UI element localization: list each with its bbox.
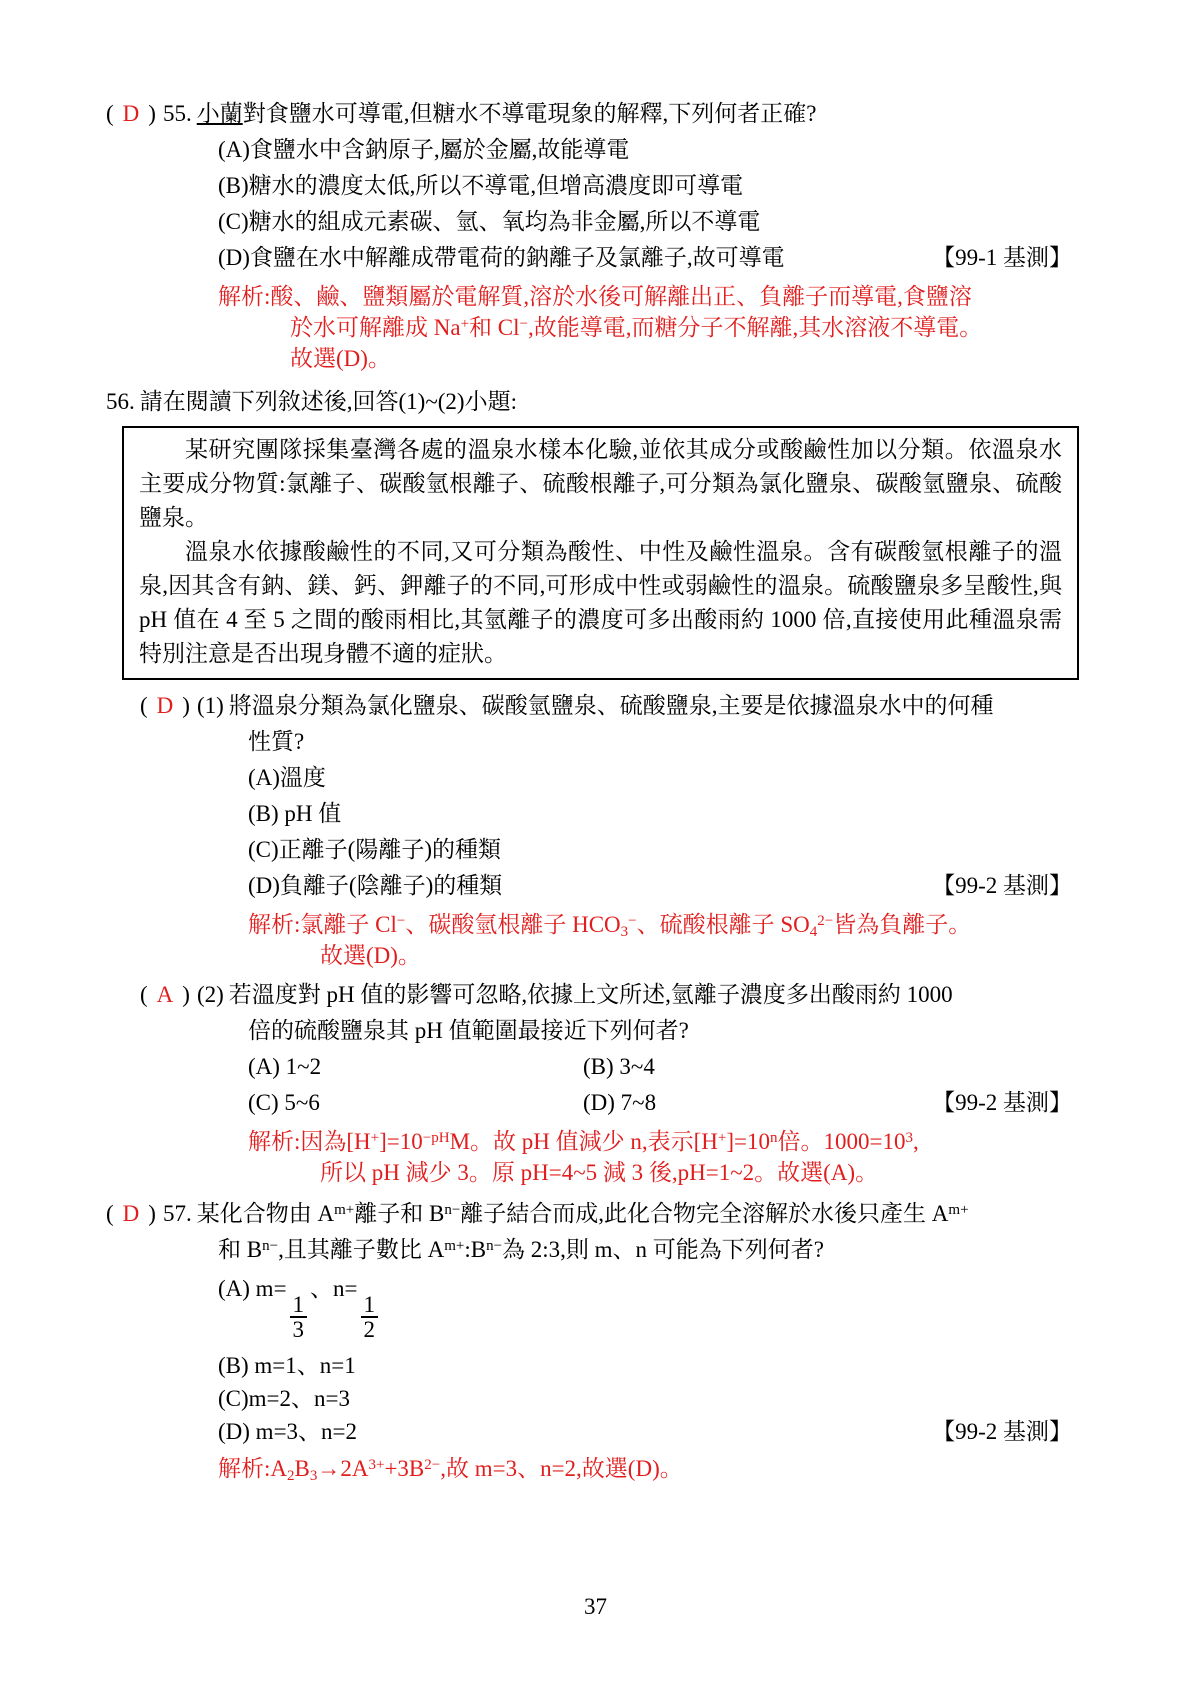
paren-close: ) <box>148 101 156 126</box>
q56-2-options-row-1: (A) 1~2 (B) 3~4 <box>248 1049 1072 1085</box>
q56-1-analysis-line-1: 解析:氯離子 Cl−、碳酸氫根離子 HCO3−、硫酸根離子 SO42−皆為負離子… <box>248 909 1072 940</box>
q56-1-options: (A)溫度 (B) pH 值 (C)正離子(陽離子)的種類 (D)負離子(陰離子… <box>248 760 1072 904</box>
q55-analysis-line-1: 解析:酸、鹼、鹽類屬於電解質,溶於水後可解離出正、負離子而導電,食鹽溶 <box>218 281 1072 312</box>
question-57-stem-line2: 和 Bn−,且其離子數比 Am+:Bn−為 2:3,則 m、n 可能為下列何者? <box>218 1232 1072 1268</box>
q56-1-option-a: (A)溫度 <box>248 760 1072 796</box>
q56-2-options: (A) 1~2 (B) 3~4 (C) 5~6 (D) 7~8 【99-2 基測… <box>248 1049 1072 1121</box>
answer-letter-55: D <box>123 101 140 126</box>
q55-source-tag: 【99-1 基測】 <box>932 240 1072 276</box>
q56-2-header: (A)(2)若溫度對 pH 值的影響可忽略,依據上文所述,氫離子濃度多出酸雨約 … <box>140 977 1072 1013</box>
q56-1-number: (1) <box>197 693 224 718</box>
q56-2-analysis: 解析:因為[H+]=10−pHM。故 pH 值減少 n,表示[H+]=10n倍。… <box>248 1126 1072 1188</box>
q56-2-stem-line2: 倍的硫酸鹽泉其 pH 值範圍最接近下列何者? <box>248 1013 1072 1049</box>
q57-analysis: 解析:A2B3→2A3++3B2−,故 m=3、n=2,故選(D)。 <box>218 1453 1072 1484</box>
q56-2-stem-line1: 若溫度對 pH 值的影響可忽略,依據上文所述,氫離子濃度多出酸雨約 1000 <box>229 982 953 1007</box>
question-56-number: 56. <box>106 389 135 414</box>
answer-letter-56-1: D <box>157 693 174 718</box>
question-56: 56.請在閱讀下列敘述後,回答(1)~(2)小題: 某研究團隊採集臺灣各處的溫泉… <box>106 384 1072 1188</box>
question-55-number: 55. <box>163 101 192 126</box>
question-56-2: (A)(2)若溫度對 pH 值的影響可忽略,依據上文所述,氫離子濃度多出酸雨約 … <box>140 977 1072 1188</box>
question-57: (D)57.某化合物由 Am+離子和 Bn−離子結合而成,此化合物完全溶解於水後… <box>106 1196 1072 1484</box>
q56-2-analysis-line-1: 解析:因為[H+]=10−pHM。故 pH 值減少 n,表示[H+]=10n倍。… <box>248 1126 1072 1157</box>
page-number: 37 <box>0 1592 1191 1622</box>
paren-close: ) <box>148 1201 156 1226</box>
page-content: (D)55.小蘭對食鹽水可導電,但糖水不導電現象的解釋,下列何者正確? (A)食… <box>106 96 1072 1490</box>
q56-2-analysis-line-2: 所以 pH 減少 3。原 pH=4~5 減 3 後,pH=1~2。故選(A)。 <box>320 1157 1072 1188</box>
paren-open: ( <box>106 101 114 126</box>
question-55-options: (A)食鹽水中含鈉原子,屬於金屬,故能導電 (B)糖水的濃度太低,所以不導電,但… <box>218 132 1072 276</box>
exam-answer-page: (D)55.小蘭對食鹽水可導電,但糖水不導電現象的解釋,下列何者正確? (A)食… <box>0 0 1191 1684</box>
q56-2-option-a: (A) 1~2 <box>248 1054 321 1079</box>
answer-letter-56-2: A <box>157 982 174 1007</box>
paren-close: ) <box>182 693 190 718</box>
answer-badge-56-1: (D) <box>140 693 190 718</box>
q55-analysis: 解析:酸、鹼、鹽類屬於電解質,溶於水後可解離出正、負離子而導電,食鹽溶 於水可解… <box>218 281 1072 374</box>
q56-2-option-d: (D) 7~8 <box>583 1085 656 1121</box>
q56-2-option-b: (B) 3~4 <box>583 1049 655 1085</box>
q57-source-tag: 【99-2 基測】 <box>932 1415 1072 1448</box>
q56-1-stem-line2: 性質? <box>248 724 1072 760</box>
q57-option-c: (C)m=2、n=3 <box>218 1382 1072 1415</box>
question-55-header: (D)55.小蘭對食鹽水可導電,但糖水不導電現象的解釋,下列何者正確? <box>106 96 1072 132</box>
q56-1-option-b: (B) pH 值 <box>248 796 1072 832</box>
reading-passage-box: 某研究團隊採集臺灣各處的溫泉水樣本化驗,並依其成分或酸鹼性加以分類。依溫泉水主要… <box>122 426 1079 680</box>
q56-1-source-tag: 【99-2 基測】 <box>932 868 1072 904</box>
q55-option-d-row: (D)食鹽在水中解離成帶電荷的鈉離子及氯離子,故可導電 【99-1 基測】 <box>218 240 1072 276</box>
question-56-1: (D)(1)將溫泉分類為氯化鹽泉、碳酸氫鹽泉、硫酸鹽泉,主要是依據溫泉水中的何種… <box>140 688 1072 971</box>
question-57-options: (A) m=13、n=12 (B) m=1、n=1 (C)m=2、n=3 (D)… <box>218 1268 1072 1448</box>
q57-option-a: (A) m=13、n=12 <box>218 1268 1072 1349</box>
q57-analysis-line-1: 解析:A2B3→2A3++3B2−,故 m=3、n=2,故選(D)。 <box>218 1453 1072 1484</box>
q57-option-d-row: (D) m=3、n=2 【99-2 基測】 <box>218 1415 1072 1448</box>
q55-analysis-line-3: 故選(D)。 <box>290 343 1072 374</box>
question-56-intro-text: 請在閱讀下列敘述後,回答(1)~(2)小題: <box>140 389 517 414</box>
question-57-header: (D)57.某化合物由 Am+離子和 Bn−離子結合而成,此化合物完全溶解於水後… <box>106 1196 1072 1232</box>
question-57-stem-line1: 某化合物由 Am+離子和 Bn−離子結合而成,此化合物完全溶解於水後只產生 Am… <box>197 1201 969 1226</box>
q55-option-a: (A)食鹽水中含鈉原子,屬於金屬,故能導電 <box>218 132 1072 168</box>
q55-option-b: (B)糖水的濃度太低,所以不導電,但增高濃度即可導電 <box>218 168 1072 204</box>
passage-paragraph-1: 某研究團隊採集臺灣各處的溫泉水樣本化驗,並依其成分或酸鹼性加以分類。依溫泉水主要… <box>139 433 1062 535</box>
answer-badge-55: (D) <box>106 101 156 126</box>
q56-2-source-tag: 【99-2 基測】 <box>932 1085 1072 1121</box>
q56-1-option-d-row: (D)負離子(陰離子)的種類 【99-2 基測】 <box>248 868 1072 904</box>
q56-1-option-c: (C)正離子(陽離子)的種類 <box>248 832 1072 868</box>
q55-option-d: (D)食鹽在水中解離成帶電荷的鈉離子及氯離子,故可導電 <box>218 245 785 270</box>
answer-badge-57: (D) <box>106 1201 156 1226</box>
q56-1-analysis-line-2: 故選(D)。 <box>320 940 1072 971</box>
paren-open: ( <box>106 1201 114 1226</box>
passage-paragraph-2: 溫泉水依據酸鹼性的不同,又可分類為酸性、中性及鹼性溫泉。含有碳酸氫根離子的溫泉,… <box>139 535 1062 671</box>
q56-1-stem-line1: 將溫泉分類為氯化鹽泉、碳酸氫鹽泉、硫酸鹽泉,主要是依據溫泉水中的何種 <box>229 693 994 718</box>
paren-close: ) <box>182 982 190 1007</box>
q56-2-option-c: (C) 5~6 <box>248 1090 320 1115</box>
q57-option-b: (B) m=1、n=1 <box>218 1349 1072 1382</box>
q57-option-d: (D) m=3、n=2 <box>218 1419 357 1444</box>
q55-option-c: (C)糖水的組成元素碳、氫、氧均為非金屬,所以不導電 <box>218 204 1072 240</box>
q56-2-options-row-2: (C) 5~6 (D) 7~8 【99-2 基測】 <box>248 1085 1072 1121</box>
q56-2-number: (2) <box>197 982 224 1007</box>
q56-1-header: (D)(1)將溫泉分類為氯化鹽泉、碳酸氫鹽泉、硫酸鹽泉,主要是依據溫泉水中的何種 <box>140 688 1072 724</box>
answer-letter-57: D <box>123 1201 140 1226</box>
q56-1-analysis: 解析:氯離子 Cl−、碳酸氫根離子 HCO3−、硫酸根離子 SO42−皆為負離子… <box>248 909 1072 971</box>
answer-badge-56-2: (A) <box>140 982 190 1007</box>
paren-open: ( <box>140 693 148 718</box>
q55-analysis-line-2: 於水可解離成 Na+和 Cl−,故能導電,而糖分子不解離,其水溶液不導電。 <box>290 312 1072 343</box>
question-57-number: 57. <box>163 1201 192 1226</box>
paren-open: ( <box>140 982 148 1007</box>
question-56-intro: 56.請在閱讀下列敘述後,回答(1)~(2)小題: <box>106 384 1072 420</box>
question-55: (D)55.小蘭對食鹽水可導電,但糖水不導電現象的解釋,下列何者正確? (A)食… <box>106 96 1072 374</box>
question-55-stem: 小蘭對食鹽水可導電,但糖水不導電現象的解釋,下列何者正確? <box>197 101 817 126</box>
q56-1-option-d: (D)負離子(陰離子)的種類 <box>248 873 502 898</box>
